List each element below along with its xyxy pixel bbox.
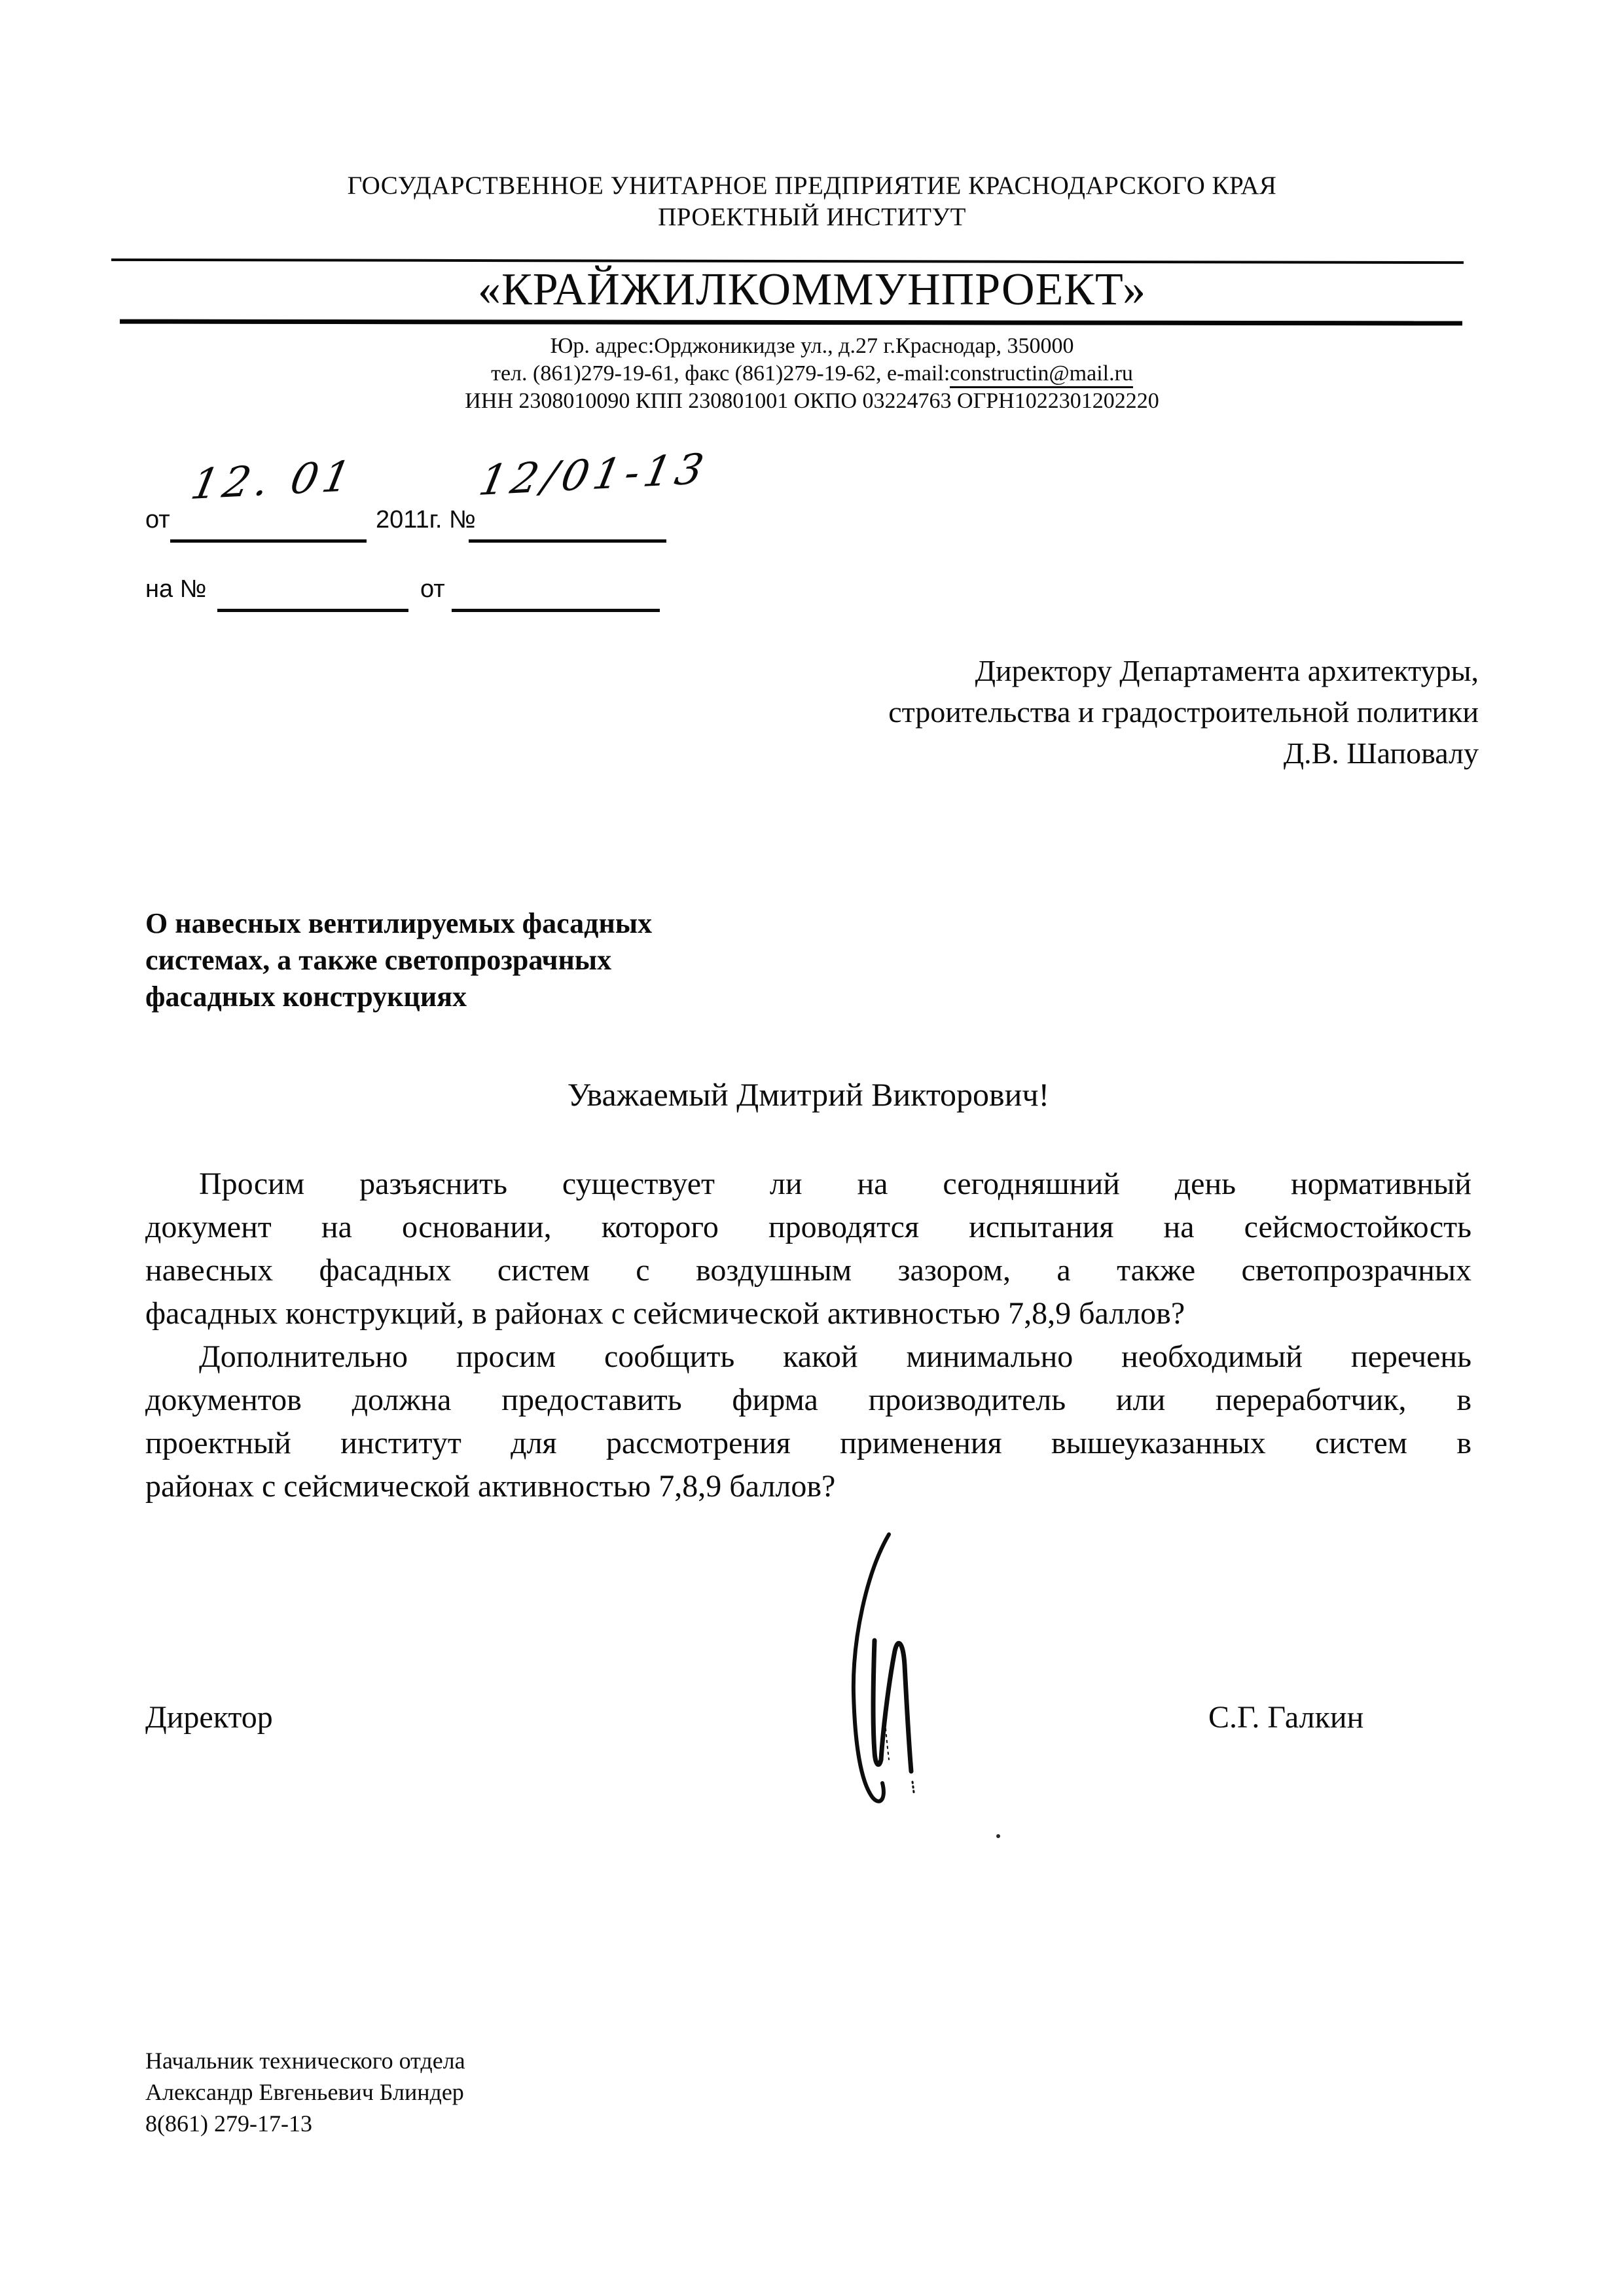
body-text-line: районах с сейсмической активностью 7,8,9… <box>145 1465 1471 1508</box>
subject-block: О навесных вентилируемых фасадных систем… <box>145 905 652 1015</box>
reply-number-label: на № <box>145 575 206 604</box>
recipient-line: Директору Департамента архитектуры, <box>888 650 1479 691</box>
body-text-line: Дополнительно просим сообщить какой мини… <box>145 1335 1471 1379</box>
org-name-line1: ГОСУДАРСТВЕННОЕ УНИТАРНОЕ ПРЕДПРИЯТИЕ КР… <box>0 172 1624 200</box>
reply-number-blank-line <box>217 609 408 612</box>
requisites-line: ИНН 2308010090 КПП 230801001 ОКПО 032247… <box>0 388 1624 414</box>
body-text-line: документов должна предоставить фирма про… <box>145 1379 1471 1422</box>
body-paragraph-1: Просим разъяснить существует ли на сегод… <box>145 1163 1471 1335</box>
date-blank-line <box>170 539 367 543</box>
body-text-line: проектный институт для рассмотрения прим… <box>145 1422 1471 1465</box>
body-text-line: фасадных конструкций, в районах с сейсми… <box>145 1292 1471 1335</box>
reply-from-label: от <box>420 575 445 604</box>
recipient-line: строительства и градостроительной полити… <box>888 691 1479 732</box>
subject-line: фасадных конструкциях <box>145 979 652 1015</box>
email-address: constructin@mail.ru <box>950 361 1133 388</box>
body-text-line: документ на основании, которого проводят… <box>145 1206 1471 1249</box>
year-number-label: 2011г. № <box>376 505 476 534</box>
phone-fax-text: тел. (861)279-19-61, факс (861)279-19-62… <box>491 361 950 386</box>
salutation: Уважаемый Дмитрий Викторович! <box>145 1075 1471 1113</box>
stray-ink-dot <box>996 1834 1000 1838</box>
executor-name: Александр Евгеньевич Блиндер <box>145 2076 465 2108</box>
executor-phone: 8(861) 279-17-13 <box>145 2108 465 2139</box>
address-line: Юр. адрес:Орджоникидзе ул., д.27 г.Красн… <box>0 333 1624 359</box>
handwritten-date: 12. 01 <box>187 454 359 508</box>
reply-date-blank-line <box>452 609 660 612</box>
body-text-line: навесных фасадных систем с воздушным заз… <box>145 1249 1471 1292</box>
subject-line: системах, а также светопрозрачных <box>145 942 652 979</box>
number-blank-line <box>469 539 666 543</box>
subject-line: О навесных вентилируемых фасадных <box>145 905 652 942</box>
handwritten-outgoing-number: 12/01-13 <box>475 446 712 504</box>
executor-position: Начальник технического отдела <box>145 2045 465 2076</box>
recipient-block: Директору Департамента архитектуры, стро… <box>888 650 1479 774</box>
letter-page: ГОСУДАРСТВЕННОЕ УНИТАРНОЕ ПРЕДПРИЯТИЕ КР… <box>0 0 1624 2295</box>
company-name: «КРАЙЖИЛКОММУНПРОЕКТ» <box>0 263 1624 317</box>
signer-name: С.Г. Галкин <box>1208 1699 1363 1736</box>
handwritten-signature <box>843 1529 922 1807</box>
contacts-line: тел. (861)279-19-61, факс (861)279-19-62… <box>0 361 1624 387</box>
recipient-line: Д.В. Шаповалу <box>888 732 1479 774</box>
executor-block: Начальник технического отдела Александр … <box>145 2045 465 2139</box>
body-paragraph-2: Дополнительно просим сообщить какой мини… <box>145 1335 1471 1508</box>
outgoing-from-label: от <box>145 505 170 534</box>
signer-position-title: Директор <box>145 1699 273 1736</box>
body-text-line: Просим разъяснить существует ли на сегод… <box>145 1163 1471 1206</box>
org-name-line2: ПРОЕКТНЫЙ ИНСТИТУТ <box>0 203 1624 232</box>
letterhead-rule-bottom <box>120 319 1462 326</box>
